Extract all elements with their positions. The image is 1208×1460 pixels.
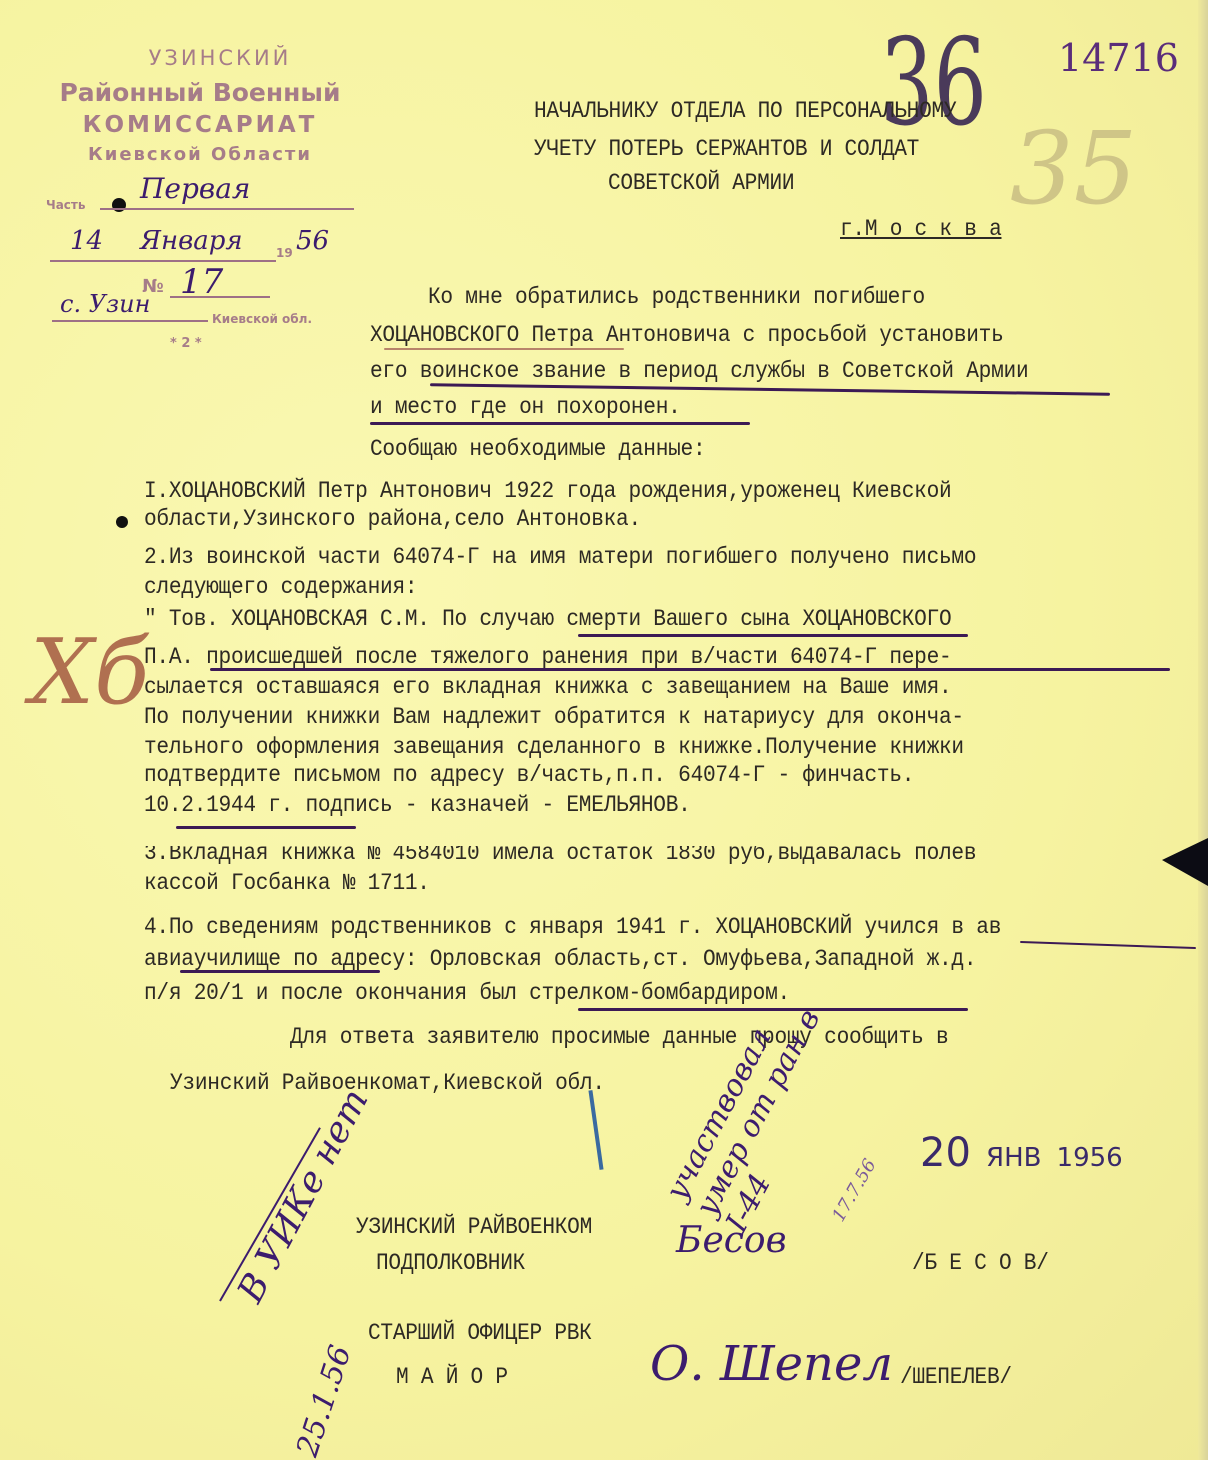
stamp-part-value: Первая	[140, 172, 250, 205]
stamp-line-3: КОМИССАРИАТ	[80, 112, 320, 138]
stamp-rule	[170, 296, 270, 298]
paper-tear	[1162, 838, 1208, 886]
stamp-part-label: Часть	[46, 198, 85, 212]
addressee-line-2: УЧЕТУ ПОТЕРЬ СЕРЖАНТОВ И СОЛДАТ	[534, 136, 919, 162]
signature-rank: М А Й О Р	[396, 1364, 508, 1390]
item-line: п/я 20/1 и после окончания был стрелком-…	[144, 980, 790, 1006]
handwritten-file-number: 14716	[1058, 36, 1179, 80]
stamp-day: 14	[70, 226, 103, 256]
stamp-region: Киевской обл.	[212, 312, 312, 326]
blue-checkmark	[588, 1090, 603, 1170]
margin-pencil-mark: Хб	[30, 620, 149, 725]
item-line: области,Узинского района,село Антоновка.	[144, 506, 641, 532]
stamp-rule	[100, 208, 354, 210]
intro-line: ХОЦАНОВСКОГО Петра Антоновича с просьбой…	[370, 322, 1004, 348]
signature-rank: ПОДПОЛКОВНИК	[376, 1250, 525, 1276]
pencil-number: 35	[1010, 110, 1137, 227]
signature-shepelev: О. Шепел	[650, 1336, 893, 1392]
intro-line: и место где он похоронен.	[370, 394, 681, 420]
stamp-line-2: Районный Военный	[50, 78, 350, 107]
item-line: 3.Вкладная книжка № 4584010 имела остато…	[144, 840, 976, 866]
ink-underline	[1020, 941, 1196, 949]
ink-underline	[210, 668, 1170, 671]
stamp-line-4: Киевской Области	[60, 144, 340, 165]
stamp-place: с. Узин	[60, 290, 150, 318]
stamp-line-1: УЗИНСКИЙ	[100, 46, 340, 70]
addressee-line-3: СОВЕТСКОЙ АРМИИ	[608, 170, 794, 196]
date-stamp-year: 1956	[1057, 1143, 1123, 1173]
ink-underline	[180, 970, 380, 973]
stamp-year: 56	[296, 226, 329, 256]
item-line: следующего содержания:	[144, 574, 417, 600]
ink-underline	[578, 634, 968, 637]
handwritten-date-left: 25.1.56	[290, 1341, 359, 1460]
stamp-year-label: 19	[276, 246, 293, 260]
item-line: 2.Из воинской части 64074-Г на имя матер…	[144, 544, 976, 570]
stamp-month: Января	[140, 226, 243, 256]
signature-name: /ШЕПЕЛЕВ/	[900, 1364, 1012, 1390]
item-line: подтвердите письмом по адресу в/часть,п.…	[144, 762, 914, 788]
intro-line: его воинское звание в период службы в Со…	[370, 358, 1028, 384]
item-line: П.А. происшедшей после тяжелого ранения …	[144, 644, 951, 670]
ink-underline	[370, 422, 750, 425]
handwritten-registration-number: 36	[880, 14, 987, 153]
addressee-city: г.М о с к в а	[840, 216, 1001, 242]
date-stamp-month: ЯНВ	[986, 1143, 1041, 1173]
signature-date: 17.7.56	[828, 1155, 881, 1225]
addressee-line-1: НАЧАЛЬНИКУ ОТДЕЛА ПО ПЕРСОНАЛЬНОМУ	[534, 98, 956, 124]
stamp-number-mark: * 2 *	[170, 336, 202, 351]
item-line: тельного оформления завещания сделанного…	[144, 734, 964, 760]
item-line: 4.По сведениям родственников с января 19…	[144, 914, 1001, 940]
stamp-rule	[50, 260, 276, 262]
item-line: " Тов. ХОЦАНОВСКАЯ С.М. По случаю смерти…	[144, 606, 951, 632]
signature-besov: Бесов	[676, 1220, 787, 1261]
paper-edge	[1198, 0, 1208, 1460]
signature-name: /Б Е С О В/	[912, 1250, 1049, 1276]
item-line: кассой Госбанка № 1711.	[144, 870, 430, 896]
closing-line: Узинский Райвоенкомат,Киевской обл.	[170, 1070, 605, 1096]
signature-title: СТАРШИЙ ОФИЦЕР РВК	[368, 1320, 592, 1346]
item-line: I.ХОЦАНОВСКИЙ Петр Антонович 1922 года р…	[144, 478, 951, 504]
handwritten-note-left: В УИКе нет	[230, 1082, 377, 1309]
punch-hole	[116, 516, 128, 528]
item-line: По получении книжки Вам надлежит обратит…	[144, 704, 964, 730]
received-date-stamp: 20 ЯНВ 1956	[920, 1130, 1123, 1176]
intro-line: Ко мне обратились родственники погибшего	[428, 284, 925, 310]
stamp-rule	[52, 320, 208, 322]
item-line: 10.2.1944 г. подпись - казначей - ЕМЕЛЬЯ…	[144, 792, 691, 818]
signature-title: УЗИНСКИЙ РАЙВОЕНКОМ	[356, 1214, 592, 1240]
lead-text: Сообщаю необходимые данные:	[370, 436, 705, 462]
item-line: авиаучилище по адресу: Орловская область…	[144, 946, 976, 972]
item-line: сылается оставшаяся его вкладная книжка …	[144, 674, 951, 700]
ink-underline	[176, 826, 356, 829]
date-stamp-day: 20	[920, 1130, 971, 1176]
pencil-underline	[384, 348, 624, 350]
